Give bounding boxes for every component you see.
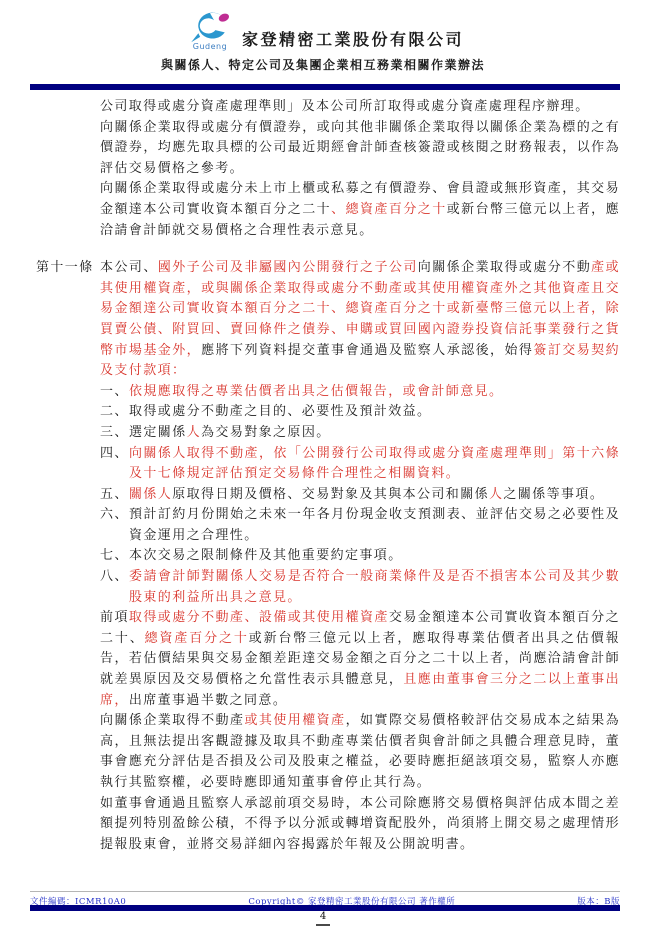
highlighted-text: 取得或處分不動產、設備或其使用權資產 xyxy=(129,610,389,625)
document-page: Gudeng 家登精密工業股份有限公司 與關係人、特定公司及集團企業相互務業相關… xyxy=(0,0,646,927)
list-item-number: 五、 xyxy=(100,485,129,506)
page-number: 4 xyxy=(0,911,646,922)
list-item-number: 六、 xyxy=(100,505,129,526)
body-text: 本次交易之限制條件及其他重要約定事項。 xyxy=(129,548,403,563)
document-header: Gudeng 家登精密工業股份有限公司 與關係人、特定公司及集團企業相互務業相關… xyxy=(0,10,646,73)
highlighted-text: 委請會計師對關係人交易是否符合一般商業條件及是否不損害本公司及其少數股東的利益所… xyxy=(129,569,620,605)
document-body: 公司取得或處分資產處理準則」及本公司所訂取得或處分資產處理程序辦理。向關係企業取… xyxy=(36,97,620,855)
body-text: 向關係企業取得或處分有價證券，或向其他非關係企業取得以關係企業為標的之有價證券，… xyxy=(100,120,620,176)
list-item: 七、本次交易之限制條件及其他重要約定事項。 xyxy=(100,546,620,567)
logo-wordmark: Gudeng xyxy=(193,42,227,51)
brand: Gudeng 家登精密工業股份有限公司 xyxy=(0,10,646,51)
highlighted-text: 關係人 xyxy=(129,487,172,502)
list-item: 二、取得或處分不動產之目的、必要性及預計效益。 xyxy=(100,402,620,423)
list-item: 六、預計訂約月份開始之未來一年各月份現金收支預測表、並評估交易之必要性及資金運用… xyxy=(100,505,620,546)
list-item: 三、選定關係人為交易對象之原因。 xyxy=(100,423,620,444)
body-text: 公司取得或處分資產處理準則」及本公司所訂取得或處分資產處理程序辦理。 xyxy=(100,99,590,114)
list-item: 五、關係人原取得日期及價格、交易對象及其與本公司和關係人之關係等事項。 xyxy=(100,485,620,506)
paragraph: 公司取得或處分資產處理準則」及本公司所訂取得或處分資產處理程序辦理。 xyxy=(100,97,620,118)
body-text: 如董事會通過且監察人承認前項交易時，本公司除應將交易價格與評估成本間之差額提列特… xyxy=(100,796,620,852)
body-text: 向關係企業取得或處分不動 xyxy=(418,260,591,275)
body-text: 向關係企業取得不動產 xyxy=(100,713,244,728)
list-item-number: 二、 xyxy=(100,402,129,423)
highlighted-text: 、總資產百分之十 xyxy=(331,202,447,217)
body-text: 應將下列資料提交董事會通過及監察人承認後，始得 xyxy=(201,343,533,358)
highlighted-text: 依規應取得之專業估價者出具之估價報告，或會計師意見。 xyxy=(129,384,503,399)
highlighted-text: 人 xyxy=(489,487,503,502)
article-clause: 第十一條本公司、國外子公司及非屬國內公開發行之子公司向關係企業取得或處分不動產或… xyxy=(36,258,620,382)
document-title: 與關係人、特定公司及集團企業相互務業相關作業辦法 xyxy=(0,56,646,73)
body-text: 本公司、 xyxy=(100,260,158,275)
list-item-number: 八、 xyxy=(100,567,129,588)
paragraph: 向關係企業取得或處分未上市上櫃或私募之有價證券、會員證或無形資產，其交易金額達本… xyxy=(100,179,620,241)
highlighted-text: 向關係人取得不動產，依「公開發行公司取得或處分資產處理準則」第十六條及十七條規定… xyxy=(129,446,620,482)
body-text: 預計訂約月份開始之未來一年各月份現金收支預測表、並評估交易之必要性及資金運用之合… xyxy=(129,507,620,543)
article-number: 第十一條 xyxy=(36,258,94,279)
paragraph: 前項取得或處分不動產、設備或其使用權資產交易金額達本公司實收資本額百分之二十、總… xyxy=(100,608,620,711)
body-text: 之關係等事項。 xyxy=(503,487,604,502)
list-item: 一、依規應取得之專業估價者出具之估價報告，或會計師意見。 xyxy=(100,382,620,403)
body-text: 為交易對象之原因。 xyxy=(201,425,331,440)
paragraph: 如董事會通過且監察人承認前項交易時，本公司除應將交易價格與評估成本間之差額提列特… xyxy=(100,794,620,856)
list-item: 八、委請會計師對關係人交易是否符合一般商業條件及是否不損害本公司及其少數股東的利… xyxy=(100,567,620,608)
highlighted-text: 或其使用權資產 xyxy=(244,713,345,728)
body-text: 選定關係 xyxy=(129,425,187,440)
body-text: 出席董事過半數之同意。 xyxy=(129,693,287,708)
list-item-number: 三、 xyxy=(100,423,129,444)
gudeng-logo: Gudeng xyxy=(182,10,238,51)
highlighted-text: 國外子公司及非屬國內公開發行之子公司 xyxy=(158,260,418,275)
list-item: 四、向關係人取得不動產，依「公開發行公司取得或處分資產處理準則」第十六條及十七條… xyxy=(100,444,620,485)
body-text: 原取得日期及價格、交易對象及其與本公司和關係 xyxy=(172,487,489,502)
paragraph: 向關係企業取得或處分有價證券，或向其他非關係企業取得以關係企業為標的之有價證券，… xyxy=(100,118,620,180)
gudeng-logo-icon xyxy=(187,10,233,44)
page-edge-mark xyxy=(316,924,330,926)
company-name: 家登精密工業股份有限公司 xyxy=(242,27,464,51)
body-text: 前項 xyxy=(100,610,129,625)
list-item-number: 七、 xyxy=(100,546,129,567)
highlighted-text: 人 xyxy=(187,425,201,440)
list-item-number: 一、 xyxy=(100,382,129,403)
header-divider xyxy=(30,84,620,90)
list-item-number: 四、 xyxy=(100,444,129,465)
paragraph: 向關係企業取得不動產或其使用權資產，如實際交易價格較評估交易成本之結果為高，且無… xyxy=(100,711,620,793)
body-text: 取得或處分不動產之目的、必要性及預計效益。 xyxy=(129,404,431,419)
highlighted-text: 總資產百分之十 xyxy=(145,631,249,646)
